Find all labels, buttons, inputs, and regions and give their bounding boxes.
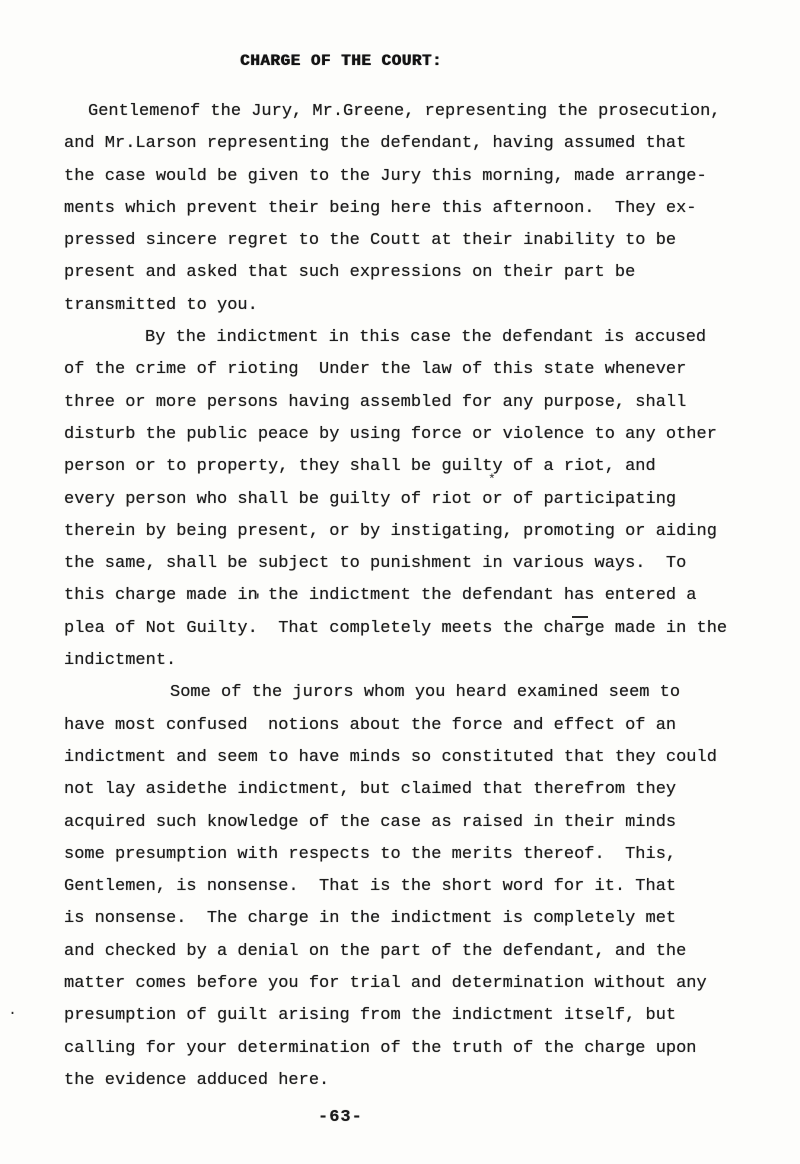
text-line: some presumption with respects to the me… <box>64 839 754 871</box>
text-line: the same, shall be subject to punishment… <box>64 548 754 580</box>
text-line: indictment. <box>64 645 754 677</box>
text-line: pressed sincere regret to the Coutt at t… <box>64 225 754 257</box>
text-line: not lay asidethe indictment, but claimed… <box>64 774 754 806</box>
paragraph: Gentlemenof the Jury, Mr.Greene, represe… <box>64 96 754 322</box>
text-line: By the indictment in this case the defen… <box>64 322 754 354</box>
text-line: Gentlemen, is nonsense. That is the shor… <box>64 871 754 903</box>
text-line: this charge made in the indictment the d… <box>64 580 754 612</box>
page-number: -63- <box>318 1108 363 1127</box>
page-title: CHARGE OF THE COURT: <box>240 52 442 70</box>
text-line: of the crime of rioting Under the law of… <box>64 354 754 386</box>
text-line: and checked by a denial on the part of t… <box>64 936 754 968</box>
text-line: matter comes before you for trial and de… <box>64 968 754 1000</box>
document-body: Gentlemenof the Jury, Mr.Greene, represe… <box>64 96 754 1097</box>
text-line: calling for your determination of the tr… <box>64 1033 754 1065</box>
text-line: indictment and seem to have minds so con… <box>64 742 754 774</box>
stray-ink-mark: ' <box>253 592 263 610</box>
document-page: CHARGE OF THE COURT: Gentlemenof the Jur… <box>0 0 800 1164</box>
text-line: Gentlemenof the Jury, Mr.Greene, represe… <box>64 96 754 128</box>
text-line: have most confused notions about the for… <box>64 710 754 742</box>
text-line: and Mr.Larson representing the defendant… <box>64 128 754 160</box>
text-line: the evidence adduced here. <box>64 1065 754 1097</box>
text-line: present and asked that such expressions … <box>64 257 754 289</box>
text-line: plea of Not Guilty. That completely meet… <box>64 613 754 645</box>
stray-ink-mark <box>572 616 588 618</box>
text-line: disturb the public peace by using force … <box>64 419 754 451</box>
text-line: therein by being present, or by instigat… <box>64 516 754 548</box>
text-line: the case would be given to the Jury this… <box>64 161 754 193</box>
text-line: Some of the jurors whom you heard examin… <box>64 677 754 709</box>
text-line: transmitted to you. <box>64 290 754 322</box>
text-line: person or to property, they shall be gui… <box>64 451 754 483</box>
stray-ink-mark: * <box>488 472 496 487</box>
text-line: ments which prevent their being here thi… <box>64 193 754 225</box>
text-line: acquired such knowledge of the case as r… <box>64 807 754 839</box>
text-line: three or more persons having assembled f… <box>64 387 754 419</box>
paragraph: Some of the jurors whom you heard examin… <box>64 677 754 1097</box>
text-line: is nonsense. The charge in the indictmen… <box>64 903 754 935</box>
text-line: every person who shall be guilty of riot… <box>64 484 754 516</box>
stray-ink-mark: . <box>8 1002 17 1019</box>
text-line: presumption of guilt arising from the in… <box>64 1000 754 1032</box>
paragraph: By the indictment in this case the defen… <box>64 322 754 677</box>
